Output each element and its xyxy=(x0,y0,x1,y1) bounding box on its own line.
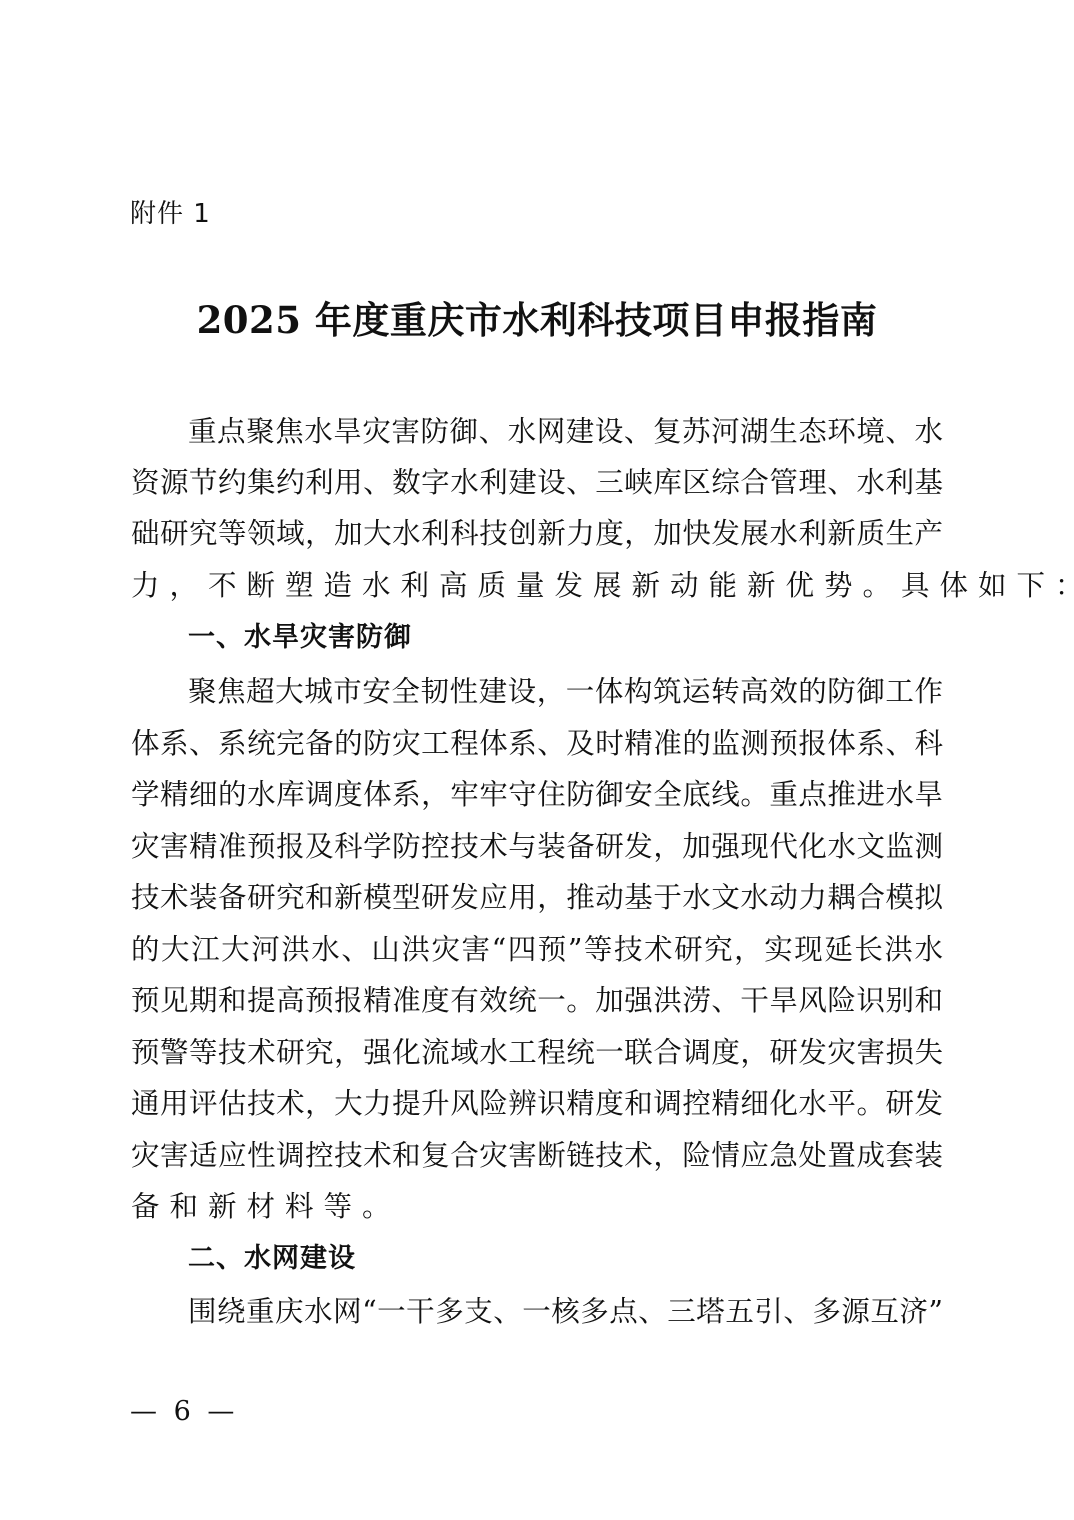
paragraph-line: 通用评估技术，大力提升风险辨识精度和调控精细化水平。研发 xyxy=(131,1084,943,1124)
section-heading-water-network: 二、水网建设 xyxy=(188,1239,356,1279)
document-title: 2025 年度重庆市水利科技项目申报指南 xyxy=(0,292,1074,348)
paragraph-line: 资源节约集约利用、数字水利建设、三峡库区综合管理、水利基 xyxy=(131,463,943,503)
paragraph-line: 预见期和提高预报精准度有效统一。加强洪涝、干旱风险识别和 xyxy=(131,981,943,1021)
paragraph-line: 备和新材料等。 xyxy=(131,1187,943,1227)
paragraph-line: 灾害精准预报及科学防控技术与装备研发，加强现代化水文监测 xyxy=(131,827,943,867)
paragraph-line: 技术装备研究和新模型研发应用，推动基于水文水动力耦合模拟 xyxy=(131,878,943,918)
section-heading-flood-drought: 一、水旱灾害防御 xyxy=(188,618,412,658)
page-number: — 6 — xyxy=(130,1394,238,1430)
paragraph-line: 聚焦超大城市安全韧性建设，一体构筑运转高效的防御工作 xyxy=(188,672,943,712)
paragraph-line: 预警等技术研究，强化流域水工程统一联合调度，研发灾害损失 xyxy=(131,1033,943,1073)
paragraph-line: 灾害适应性调控技术和复合灾害断链技术，险情应急处置成套装 xyxy=(131,1136,943,1176)
paragraph-line: 围绕重庆水网“一干多支、一核多点、三塔五引、多源互济” xyxy=(188,1292,943,1332)
paragraph-line: 重点聚焦水旱灾害防御、水网建设、复苏河湖生态环境、水 xyxy=(188,412,943,452)
paragraph-line: 学精细的水库调度体系，牢牢守住防御安全底线。重点推进水旱 xyxy=(131,775,943,815)
attachment-label: 附件 1 xyxy=(130,196,211,232)
document-page: 附件 1 2025 年度重庆市水利科技项目申报指南 重点聚焦水旱灾害防御、水网建… xyxy=(0,0,1074,1520)
paragraph-line: 的大江大河洪水、山洪灾害“四预”等技术研究，实现延长洪水 xyxy=(131,930,943,970)
paragraph-line: 力，不断塑造水利高质量发展新动能新优势。具体如下： xyxy=(131,566,943,606)
paragraph-line: 础研究等领域，加大水利科技创新力度，加快发展水利新质生产 xyxy=(131,514,943,554)
paragraph-line: 体系、系统完备的防灾工程体系、及时精准的监测预报体系、科 xyxy=(131,724,943,764)
